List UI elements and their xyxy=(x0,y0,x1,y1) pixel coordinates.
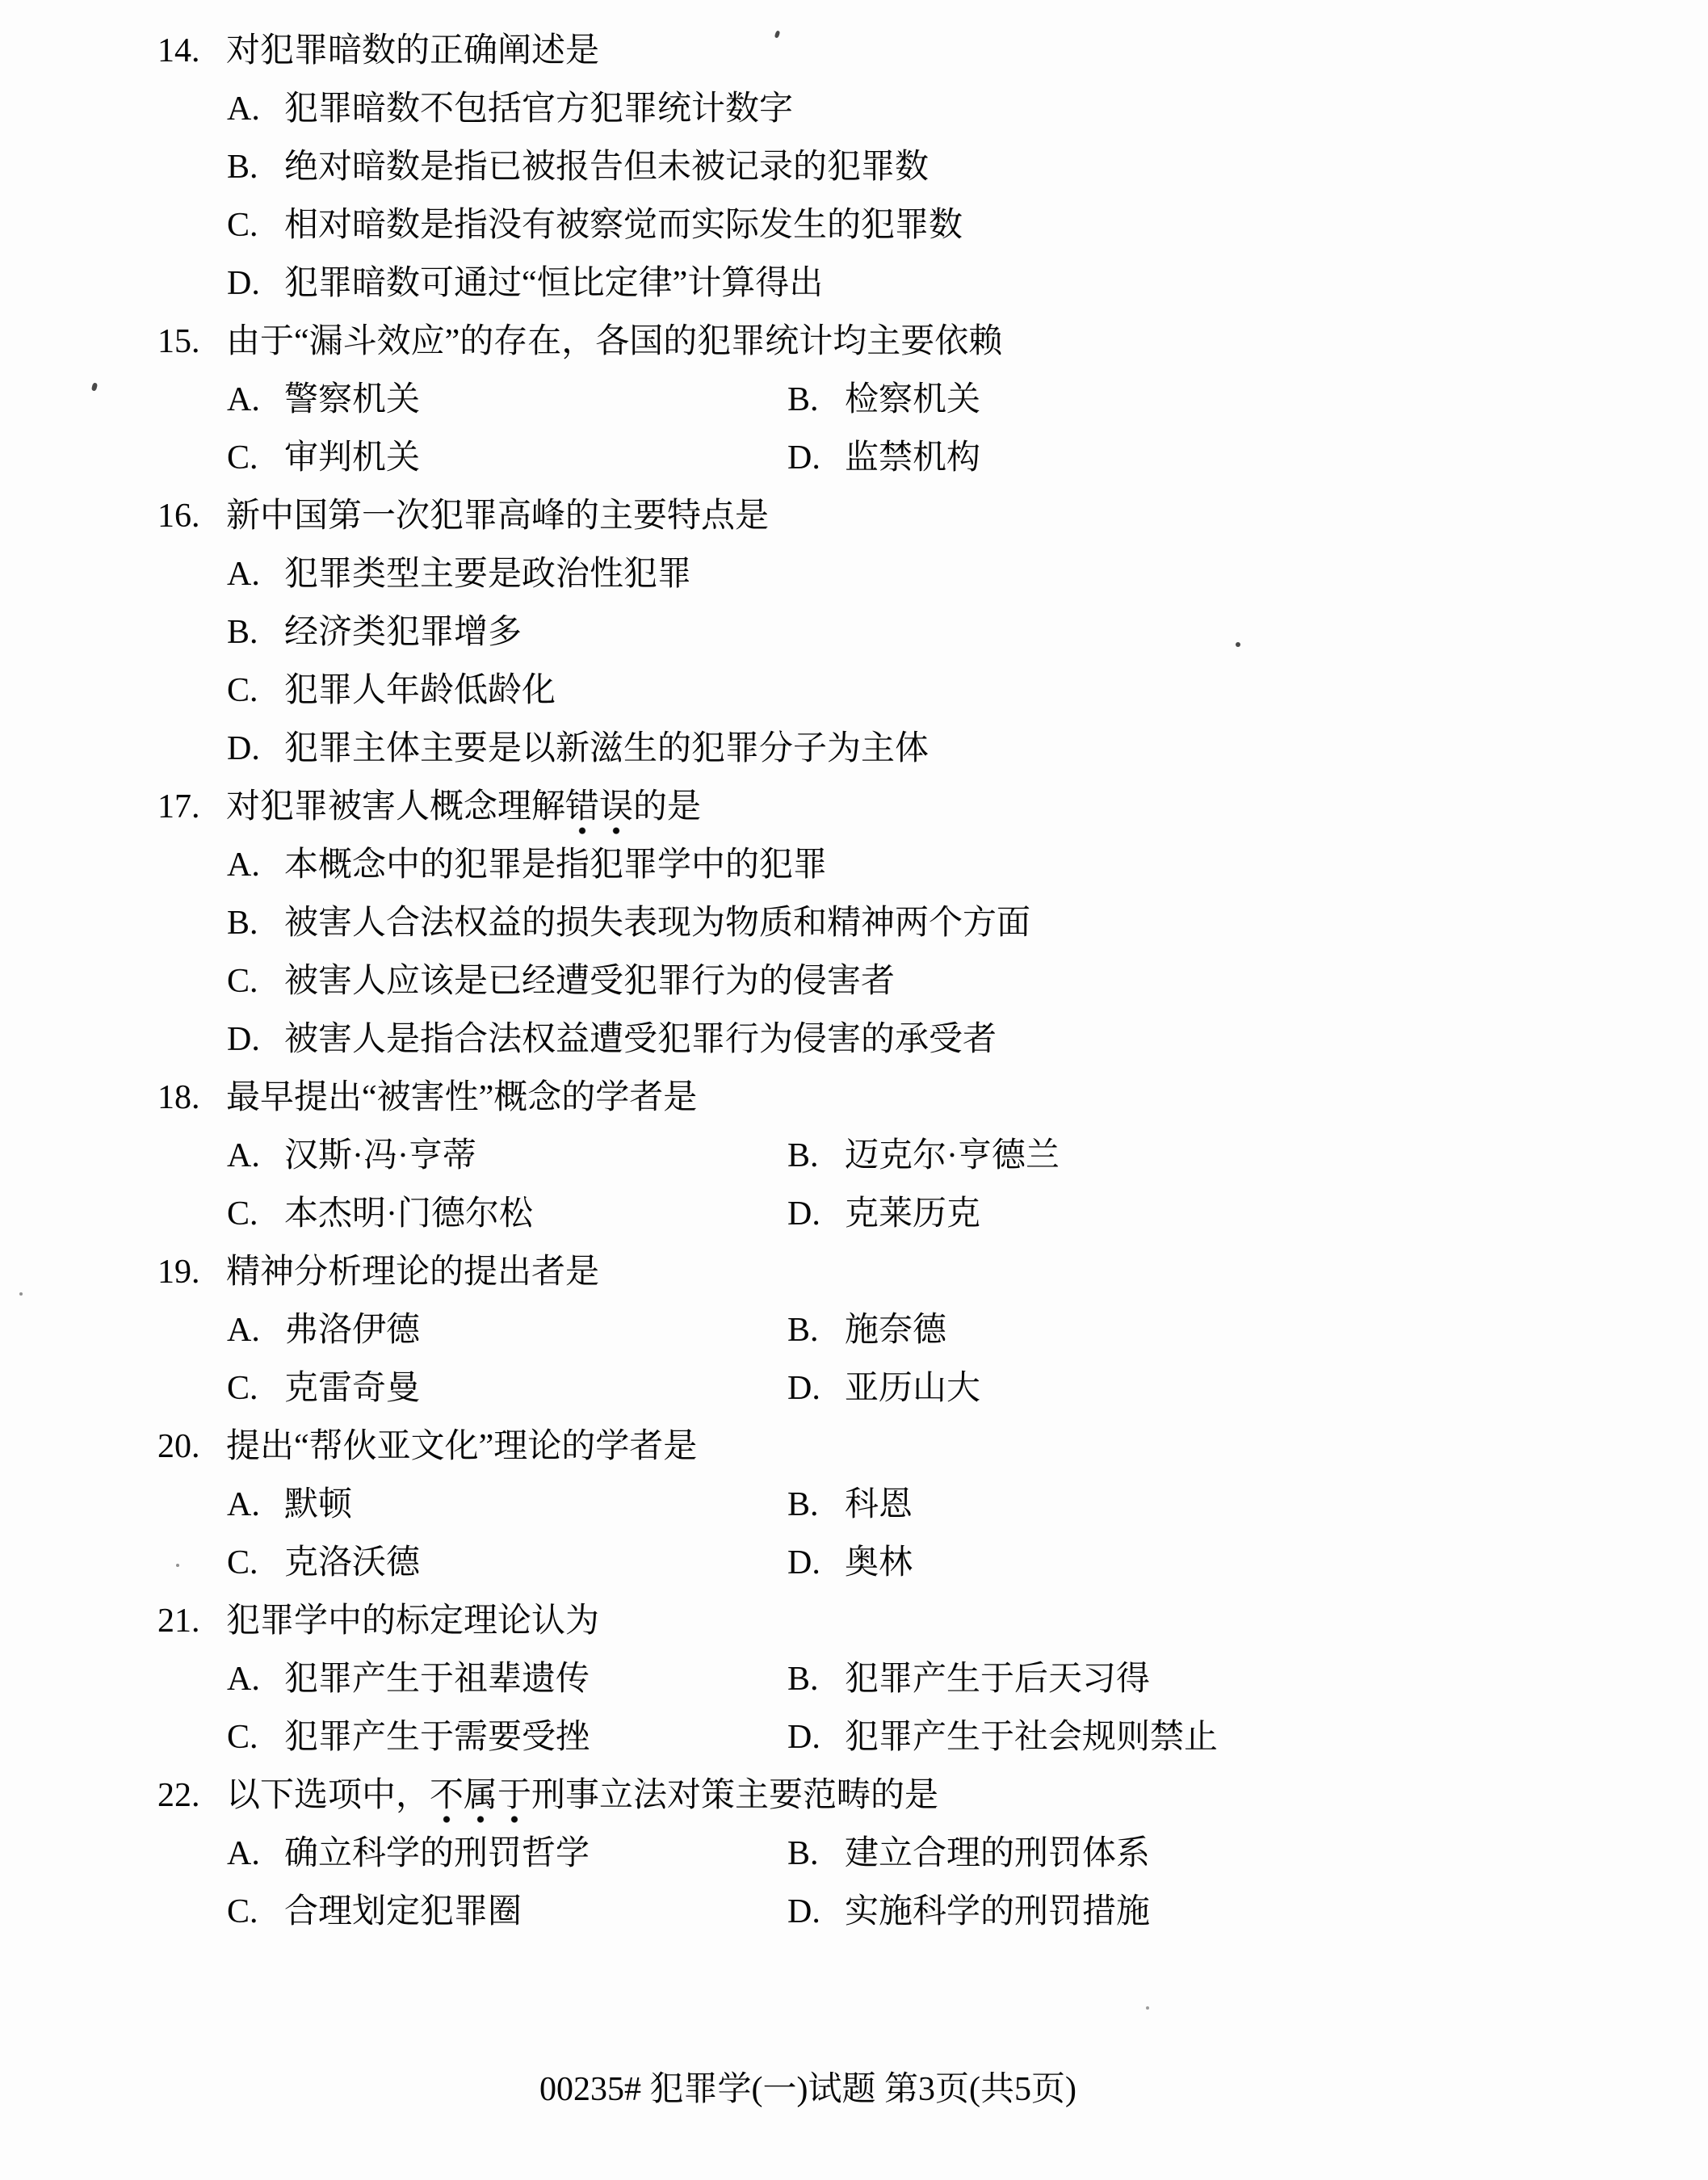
option-row: A.本概念中的犯罪是指犯罪学中的犯罪 xyxy=(0,836,1708,894)
option-row: A.警察机关B.检察机关 xyxy=(0,371,1708,429)
option: B.科恩 xyxy=(787,1486,913,1523)
question-list: 14.对犯罪暗数的正确阐述是A.犯罪暗数不包括官方犯罪统计数字B.绝对暗数是指已… xyxy=(0,22,1708,1941)
option: D.实施科学的刑罚措施 xyxy=(787,1893,1150,1930)
option-text: 科恩 xyxy=(845,1486,913,1523)
option: D.犯罪产生于社会规则禁止 xyxy=(787,1719,1218,1756)
option-label: D. xyxy=(787,1185,845,1243)
scan-artifact xyxy=(176,1564,179,1567)
question-title: 最早提出“被害性”概念的学者是 xyxy=(226,1079,697,1116)
option-row: D.犯罪主体主要是以新滋生的犯罪分子为主体 xyxy=(0,720,1708,778)
option: B.犯罪产生于后天习得 xyxy=(787,1661,1150,1698)
option-text: 犯罪产生于社会规则禁止 xyxy=(845,1719,1218,1756)
option: C.被害人应该是已经遭受犯罪行为的侵害者 xyxy=(227,963,895,1000)
question-number: 19. xyxy=(157,1243,226,1301)
option-text: 被害人应该是已经遭受犯罪行为的侵害者 xyxy=(284,963,895,1000)
option: B.施奈德 xyxy=(787,1312,946,1349)
option: A.默顿 xyxy=(227,1476,787,1534)
option-text: 相对暗数是指没有被察觉而实际发生的犯罪数 xyxy=(284,207,963,244)
option-text: 克莱历克 xyxy=(845,1195,980,1233)
option: D.亚历山大 xyxy=(787,1370,980,1407)
question-title-part: 以下选项中， xyxy=(226,1777,430,1814)
option-label: A. xyxy=(227,1476,284,1534)
option-label: D. xyxy=(787,1534,845,1592)
option-text: 建立合理的刑罚体系 xyxy=(845,1835,1150,1872)
question-title: 提出“帮伙亚文化”理论的学者是 xyxy=(226,1428,697,1465)
option-row: A.汉斯·冯·亨蒂B.迈克尔·亨德兰 xyxy=(0,1127,1708,1185)
option-row: C.本杰明·门德尔松D.克莱历克 xyxy=(0,1185,1708,1243)
option-row: A.弗洛伊德B.施奈德 xyxy=(0,1301,1708,1359)
option-text: 被害人是指合法权益遭受犯罪行为侵害的承受者 xyxy=(284,1021,997,1058)
option-label: A. xyxy=(227,545,284,603)
option-label: C. xyxy=(227,662,284,720)
option-label: A. xyxy=(227,1825,284,1883)
option-text: 犯罪暗数不包括官方犯罪统计数字 xyxy=(284,90,793,128)
option-row: A.犯罪暗数不包括官方犯罪统计数字 xyxy=(0,80,1708,138)
option-text: 犯罪主体主要是以新滋生的犯罪分子为主体 xyxy=(284,730,929,767)
option-label: B. xyxy=(787,1301,845,1359)
question-title-part: 由于“漏斗效应”的存在，各国的犯罪统计均主要依赖 xyxy=(226,323,1002,360)
option: C.审判机关 xyxy=(227,429,787,487)
option: D.犯罪暗数可通过“恒比定律”计算得出 xyxy=(227,265,823,302)
question-title-row: 14.对犯罪暗数的正确阐述是 xyxy=(0,22,1708,80)
option-row: D.被害人是指合法权益遭受犯罪行为侵害的承受者 xyxy=(0,1010,1708,1069)
option-label: B. xyxy=(227,138,284,196)
question-title-row: 15.由于“漏斗效应”的存在，各国的犯罪统计均主要依赖 xyxy=(0,313,1708,371)
option-text: 警察机关 xyxy=(284,381,420,418)
question-title-part: 的是 xyxy=(633,788,701,825)
question-title-part: 对犯罪被害人概念理解 xyxy=(226,788,565,825)
option-row: C.犯罪产生于需要受挫D.犯罪产生于社会规则禁止 xyxy=(0,1708,1708,1766)
question-number: 18. xyxy=(157,1069,226,1127)
option-text: 犯罪产生于需要受挫 xyxy=(284,1719,590,1756)
option-text: 奥林 xyxy=(845,1544,913,1581)
option: B.经济类犯罪增多 xyxy=(227,614,522,651)
question-number: 17. xyxy=(157,778,226,836)
option-label: D. xyxy=(227,720,284,778)
option: B.迈克尔·亨德兰 xyxy=(787,1137,1060,1174)
option: A.犯罪产生于祖辈遗传 xyxy=(227,1650,787,1708)
option-text: 确立科学的刑罚哲学 xyxy=(284,1835,590,1872)
question-title-row: 21.犯罪学中的标定理论认为 xyxy=(0,1592,1708,1650)
question-title-part: 对犯罪暗数的正确阐述是 xyxy=(226,32,599,69)
question-number: 21. xyxy=(157,1592,226,1650)
option-label: A. xyxy=(227,836,284,894)
question-number: 22. xyxy=(157,1766,226,1825)
option-label: C. xyxy=(227,1185,284,1243)
option-text: 本概念中的犯罪是指犯罪学中的犯罪 xyxy=(284,846,827,884)
option: C.犯罪产生于需要受挫 xyxy=(227,1708,787,1766)
option: B.检察机关 xyxy=(787,381,980,418)
option-text: 施奈德 xyxy=(845,1312,946,1349)
option-label: C. xyxy=(227,1534,284,1592)
option-row: C.相对暗数是指没有被察觉而实际发生的犯罪数 xyxy=(0,196,1708,254)
option-text: 经济类犯罪增多 xyxy=(284,614,522,651)
option: C.合理划定犯罪圈 xyxy=(227,1883,787,1941)
option-text: 绝对暗数是指已被报告但未被记录的犯罪数 xyxy=(284,149,929,186)
option-label: C. xyxy=(227,429,284,487)
option-label: B. xyxy=(787,371,845,429)
option: D.监禁机构 xyxy=(787,439,980,477)
option-text: 犯罪暗数可通过“恒比定律”计算得出 xyxy=(284,265,823,302)
option-label: B. xyxy=(787,1476,845,1534)
option-text: 被害人合法权益的损失表现为物质和精神两个方面 xyxy=(284,905,1030,942)
option-text: 弗洛伊德 xyxy=(284,1312,420,1349)
option: D.克莱历克 xyxy=(787,1195,980,1233)
option-label: C. xyxy=(227,1359,284,1418)
question-title-part: 精神分析理论的提出者是 xyxy=(226,1254,599,1291)
option-row: B.被害人合法权益的损失表现为物质和精神两个方面 xyxy=(0,894,1708,952)
option-label: D. xyxy=(787,1708,845,1766)
option-label: A. xyxy=(227,80,284,138)
scan-artifact xyxy=(1236,642,1240,647)
option-row: B.绝对暗数是指已被报告但未被记录的犯罪数 xyxy=(0,138,1708,196)
option-text: 亚历山大 xyxy=(845,1370,980,1407)
option-row: A.犯罪产生于祖辈遗传B.犯罪产生于后天习得 xyxy=(0,1650,1708,1708)
option: D.被害人是指合法权益遭受犯罪行为侵害的承受者 xyxy=(227,1021,997,1058)
option-label: D. xyxy=(787,1359,845,1418)
option-label: C. xyxy=(227,1883,284,1941)
option-text: 审判机关 xyxy=(284,439,420,477)
question-title: 对犯罪被害人概念理解错误的是 xyxy=(226,788,701,835)
question-title-row: 17.对犯罪被害人概念理解错误的是 xyxy=(0,778,1708,836)
question-title-row: 18.最早提出“被害性”概念的学者是 xyxy=(0,1069,1708,1127)
option-text: 实施科学的刑罚措施 xyxy=(845,1893,1150,1930)
option-label: B. xyxy=(227,603,284,662)
question-title-row: 20.提出“帮伙亚文化”理论的学者是 xyxy=(0,1418,1708,1476)
option-row: A.确立科学的刑罚哲学B.建立合理的刑罚体系 xyxy=(0,1825,1708,1883)
option-label: B. xyxy=(787,1127,845,1185)
option: C.克雷奇曼 xyxy=(227,1359,787,1418)
option-text: 犯罪产生于后天习得 xyxy=(845,1661,1150,1698)
option-text: 犯罪类型主要是政治性犯罪 xyxy=(284,556,691,593)
option-label: D. xyxy=(227,1010,284,1069)
option: A.弗洛伊德 xyxy=(227,1301,787,1359)
option-label: B. xyxy=(227,894,284,952)
option: C.本杰明·门德尔松 xyxy=(227,1185,787,1243)
question-title-part: 犯罪学中的标定理论认为 xyxy=(226,1602,599,1640)
option: A.确立科学的刑罚哲学 xyxy=(227,1825,787,1883)
option-text: 监禁机构 xyxy=(845,439,980,477)
option: A.犯罪暗数不包括官方犯罪统计数字 xyxy=(227,90,793,128)
option-label: D. xyxy=(787,1883,845,1941)
page-footer: 00235# 犯罪学(一)试题 第3页(共5页) xyxy=(0,2069,1662,2111)
option-row: C.克洛沃德D.奥林 xyxy=(0,1534,1708,1592)
question-title-row: 19.精神分析理论的提出者是 xyxy=(0,1243,1708,1301)
option-text: 迈克尔·亨德兰 xyxy=(845,1137,1060,1174)
option: B.绝对暗数是指已被报告但未被记录的犯罪数 xyxy=(227,149,929,186)
option-label: C. xyxy=(227,196,284,254)
option: C.相对暗数是指没有被察觉而实际发生的犯罪数 xyxy=(227,207,963,244)
question-number: 16. xyxy=(157,487,226,545)
option-row: C.审判机关D.监禁机构 xyxy=(0,429,1708,487)
question-number: 14. xyxy=(157,22,226,80)
question-title-part: 新中国第一次犯罪高峰的主要特点是 xyxy=(226,498,769,535)
question-title: 由于“漏斗效应”的存在，各国的犯罪统计均主要依赖 xyxy=(226,323,1002,360)
option-text: 汉斯·冯·亨蒂 xyxy=(284,1137,476,1174)
option-row: A.犯罪类型主要是政治性犯罪 xyxy=(0,545,1708,603)
option-text: 默顿 xyxy=(284,1486,352,1523)
question-title: 对犯罪暗数的正确阐述是 xyxy=(226,32,599,69)
option-text: 检察机关 xyxy=(845,381,980,418)
option: D.奥林 xyxy=(787,1544,913,1581)
option: B.被害人合法权益的损失表现为物质和精神两个方面 xyxy=(227,905,1030,942)
option: C.犯罪人年龄低龄化 xyxy=(227,672,556,709)
option-row: C.被害人应该是已经遭受犯罪行为的侵害者 xyxy=(0,952,1708,1010)
option: C.克洛沃德 xyxy=(227,1534,787,1592)
option: A.警察机关 xyxy=(227,371,787,429)
option-row: B.经济类犯罪增多 xyxy=(0,603,1708,662)
question-title-part: 提出“帮伙亚文化”理论的学者是 xyxy=(226,1428,697,1465)
question-title-part: 刑事立法对策主要范畴的是 xyxy=(531,1777,938,1814)
question-title: 新中国第一次犯罪高峰的主要特点是 xyxy=(226,498,769,535)
question-number: 20. xyxy=(157,1418,226,1476)
option-row: C.克雷奇曼D.亚历山大 xyxy=(0,1359,1708,1418)
question-title: 精神分析理论的提出者是 xyxy=(226,1254,599,1291)
option-text: 克雷奇曼 xyxy=(284,1370,420,1407)
option-row: C.合理划定犯罪圈D.实施科学的刑罚措施 xyxy=(0,1883,1708,1941)
question-title: 以下选项中，不属于刑事立法对策主要范畴的是 xyxy=(226,1777,938,1824)
scan-artifact xyxy=(1146,2006,1149,2010)
option-label: C. xyxy=(227,1708,284,1766)
option-text: 本杰明·门德尔松 xyxy=(284,1195,533,1233)
question-title: 犯罪学中的标定理论认为 xyxy=(226,1602,599,1640)
option-label: C. xyxy=(227,952,284,1010)
question-title-part: 不属于 xyxy=(430,1777,531,1824)
option: D.犯罪主体主要是以新滋生的犯罪分子为主体 xyxy=(227,730,929,767)
option-text: 合理划定犯罪圈 xyxy=(284,1893,522,1930)
question-number: 15. xyxy=(157,313,226,371)
option-text: 犯罪产生于祖辈遗传 xyxy=(284,1661,590,1698)
question-title-row: 16.新中国第一次犯罪高峰的主要特点是 xyxy=(0,487,1708,545)
option-label: D. xyxy=(227,254,284,313)
option: A.汉斯·冯·亨蒂 xyxy=(227,1127,787,1185)
option: B.建立合理的刑罚体系 xyxy=(787,1835,1150,1872)
option-label: A. xyxy=(227,1650,284,1708)
option-label: B. xyxy=(787,1650,845,1708)
option-row: A.默顿B.科恩 xyxy=(0,1476,1708,1534)
option-text: 克洛沃德 xyxy=(284,1544,420,1581)
option: A.犯罪类型主要是政治性犯罪 xyxy=(227,556,691,593)
option-label: A. xyxy=(227,1127,284,1185)
option-text: 犯罪人年龄低龄化 xyxy=(284,672,556,709)
option-label: D. xyxy=(787,429,845,487)
scan-artifact xyxy=(19,1292,23,1296)
option-label: A. xyxy=(227,371,284,429)
option-label: A. xyxy=(227,1301,284,1359)
question-title-row: 22.以下选项中，不属于刑事立法对策主要范畴的是 xyxy=(0,1766,1708,1825)
option-label: B. xyxy=(787,1825,845,1883)
question-title-part: 错误 xyxy=(565,788,633,835)
option: A.本概念中的犯罪是指犯罪学中的犯罪 xyxy=(227,846,827,884)
option-row: C.犯罪人年龄低龄化 xyxy=(0,662,1708,720)
question-title-part: 最早提出“被害性”概念的学者是 xyxy=(226,1079,697,1116)
option-row: D.犯罪暗数可通过“恒比定律”计算得出 xyxy=(0,254,1708,313)
